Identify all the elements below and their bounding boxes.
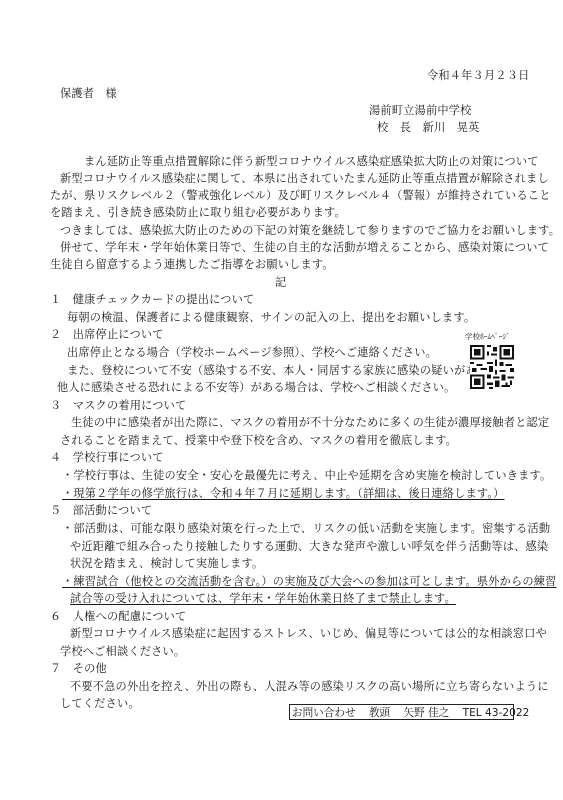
section-line: 生徒の中に感染者が出た際に、マスクの着用が不十分なために多くの生徒が濃厚接触者と… (71, 416, 549, 430)
contact-box: お問い合わせ 教頭 矢野 佳之 TEL 43-2022 (289, 704, 514, 720)
section-line: 状況を踏まえ、検討して実施します。 (70, 557, 263, 571)
section-line: 毎朝の検温、保護者による健康観察、サインの記入の上、提出をお願いします。 (67, 311, 475, 325)
section-line-underlined: 試合等の受け入れについては、学年末・学年始休業日終了まで禁止します。 (70, 592, 456, 606)
contact-label: お問い合わせ (292, 707, 356, 719)
intro-line: たが、県リスクレベル２（警戒強化レベル）及び町リスクレベル４（警報）が維持されて… (50, 189, 551, 203)
section-heading: ４ 学校行事について (50, 451, 164, 465)
contact-tel[interactable]: TEL 43-2022 (463, 707, 530, 719)
section-heading: ３ マスクの着用について (50, 399, 186, 413)
section-line: や近距離で組み合ったり接触したりする運動、大きな発声や激しい呼気を伴う活動等は、… (70, 540, 548, 554)
section-line: してください。 (60, 697, 140, 711)
section-heading: ５ 部活動について (50, 504, 152, 518)
intro-line: 生徒自ら留意するよう連携したご指導をお願いします。 (50, 258, 334, 272)
intro-line: を踏まえ、引き続き感染防止に取り組む必要があります。 (50, 206, 346, 220)
section-line-underlined: ・現第２学年の修学旅行は、令和４年７月に延期します。（詳細は、後日連絡します。） (62, 487, 505, 501)
section-line-underlined: ・練習試合（他校との交流活動を含む。）の実施及び大会への参加は可とします。県外か… (62, 575, 557, 589)
section-line: また、登校について不安（感染する不安、本人・同居する家族に感染の疑いがあり (67, 364, 488, 378)
contact-name: 矢野 佳之 (404, 707, 450, 719)
section-heading: １ 健康チェックカードの提出について (50, 293, 254, 307)
section-line: 不要不急の外出を控え、外出の際も、人混み等の感染リスクの高い場所に立ち寄らないよ… (70, 680, 549, 694)
principal-name: 校 長 新川 晃英 (377, 121, 480, 135)
section-heading: ６ 人権への配慮について (50, 610, 186, 624)
section-line: されることを踏まえて、授業中や登下校を含め、マスクの着用を徹底します。 (60, 434, 457, 448)
addressee: 保護者 様 (60, 87, 117, 101)
section-line: ・部活動は、可能な限り感染対策を行った上で、リスクの低い活動を実施します。密集す… (62, 522, 550, 536)
document-date: 令和４年３月２３日 (427, 69, 530, 83)
contact-role: 教頭 (369, 707, 390, 719)
intro-line: つきましては、感染拡大防止のための下記の対策を継続して参りますのでご協力をお願い… (60, 224, 560, 238)
ki-heading: 記 (275, 276, 286, 290)
section-line: 他人に感染させる恐れによる不安等）がある場合は、学校へご相談ください。 (57, 381, 456, 395)
qr-label: 学校ﾎｰﾑﾍﾟｰｼﾞ (465, 331, 510, 342)
section-line: 出席停止となる場合（学校ホームページ参照）、学校へご連絡ください。 (67, 346, 437, 360)
section-line: 学校へご相談ください。 (60, 645, 185, 659)
document-title: まん延防止等重点措置解除に伴う新型コロナウイルス感染症感染拡大防止の対策について (84, 155, 539, 169)
intro-line: 併せて、学年末・学年始休業日等で、生徒の自主的な活動が増えることから、感染対策に… (60, 241, 549, 255)
section-line: ・学校行事は、生徒の安全・安心を最優先に考え、中止や延期を含め実施を検討していき… (62, 469, 551, 483)
section-heading: ２ 出席停止について (50, 328, 164, 342)
qr-code-icon[interactable] (470, 345, 514, 389)
school-name: 湯前町立湯前中学校 (369, 104, 472, 118)
section-line: 新型コロナウイルス感染症に起因するストレス、いじめ、偏見等については公的な相談窓… (70, 627, 547, 641)
section-heading: ７ その他 (50, 662, 107, 676)
intro-line: 新型コロナウイルス感染症に関して、本県に出されていたまん延防止等重点措置が解除さ… (60, 172, 549, 186)
